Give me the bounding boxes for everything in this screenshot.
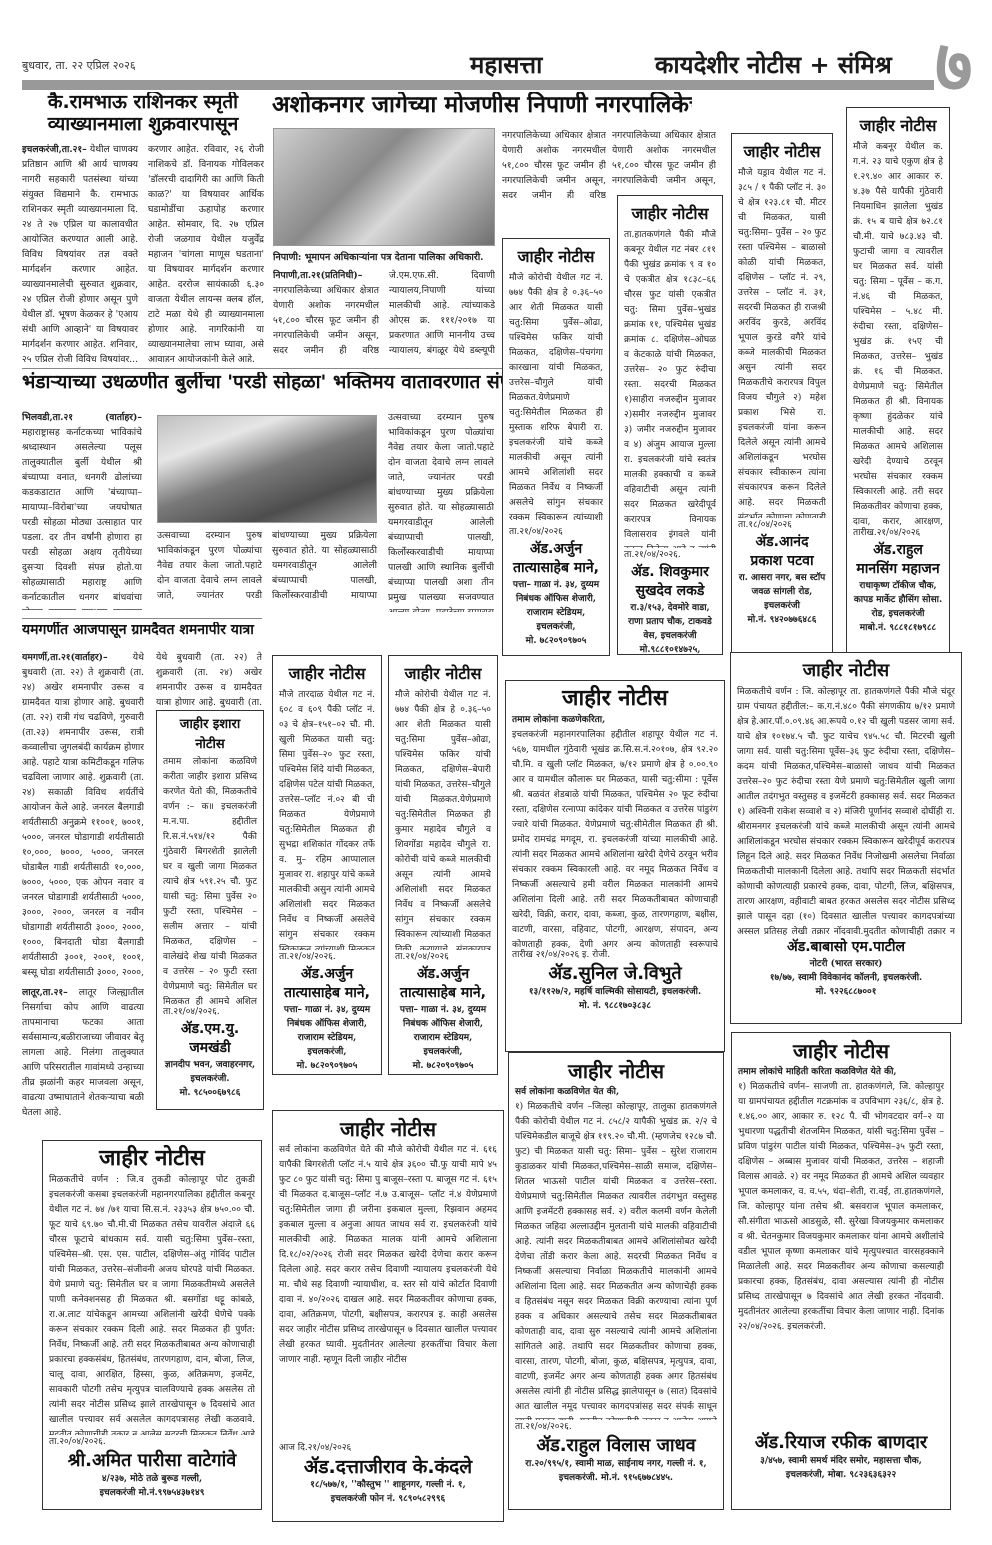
notice-date: ता.२१/०४/२०२६. — [515, 1420, 717, 1435]
advocate-phone: इचलकरंजी, मोबा. ९८२३६३६३२२ — [738, 1468, 944, 1482]
notice-date: तारीख.२१/०४/२०२६ — [853, 526, 943, 541]
notice-title: जाहीर नोटीस — [738, 1037, 944, 1065]
advocate-phone: इचलकरंजी फोन नं. ९८९०५८२९९६ — [279, 1492, 497, 1506]
public-notice-kabnur-74: जाहीर नोटीस मिळकतीचे वर्णन : जि.व तुकडी … — [42, 1140, 262, 1510]
article-rambhau: कै.रामभाऊ राशिनकर स्मृती व्याख्यानमाला श… — [22, 92, 264, 362]
notice-text: मौजे कोरोची येथील गट नं. ७७४ पैकी क्षेत्… — [395, 688, 491, 950]
notice-text: १) मिळकतीचे वर्णन– साजणी ता. हातकणंगले, … — [738, 1080, 944, 1432]
dateline: लातूर,ता.२१– — [22, 987, 68, 998]
news-photo-pardi-sohala — [157, 415, 377, 523]
advocate-address: १७/७७, स्वामी विवेकानंद कॉलनी, इचलकरंजी. — [737, 971, 955, 985]
notice-title: जाहीर नोटीस — [279, 660, 375, 688]
notice-text: इचलकरंजी महानगरपालिका हद्दीतील शहापूर ये… — [512, 728, 718, 948]
advocate-name: ॲड.राहुल विलास जाधव — [515, 1435, 717, 1457]
public-notice-yadrav: जाहीर नोटीस मौजे यड्राव येथील गट नं. ३८५… — [731, 133, 833, 653]
newspaper-name: महासत्ता — [470, 48, 542, 81]
advocate-phone: मो. ७८२०९०९७०५ — [395, 1059, 491, 1073]
notice-intro: तमाम लोकांचे माहिती करिता कळविणेत येते क… — [738, 1065, 944, 1080]
advocate-name: श्री.अमित पारीसा वाटेगांवे — [49, 1450, 255, 1472]
notice-date: ता.२१/०४/२०२६ — [395, 950, 491, 965]
article-body-continued: नगरपालिकेच्या अधिकार क्षेत्रात येणारी अश… — [612, 128, 716, 188]
notice-title: जाहीर नोटीस — [279, 1115, 497, 1143]
public-notice-kabnur-811: जाहीर नोटीस ता.हातकणंगले पैकी मौजे कबनूर… — [617, 195, 723, 655]
advocate-address: पत्ता– गाळा नं. ३४, दुय्यम निबंधक ऑफिस श… — [279, 1003, 375, 1059]
advocate-phone: माबो.नं. ९८८१८१७९८८ — [853, 621, 943, 635]
dateline: इचलकरंजी,ता.२१– — [22, 144, 87, 155]
article-latur: लातूर,ता.२१– लातूर जिल्ह्यातील निसर्गाचा… — [22, 985, 144, 1117]
public-notice-kabnur: जाहीर नोटीस मौजे कबनूर येथील क. ग.नं. २३… — [846, 107, 950, 653]
article-headline: व्याख्यानमाला शुक्रवारपासून — [22, 114, 264, 136]
notice-title: जाहीर नोटीस — [509, 243, 603, 271]
advocate-name: ॲड.दत्ताजीराव के.कंदले — [279, 1456, 497, 1478]
article-ashoknagar-headline: अशोकनगर जागेच्या मोजणीस निपाणी नगरपालिके… — [272, 92, 692, 128]
advocate-name: ॲड.रियाज रफीक बाणदार — [738, 1432, 944, 1454]
advocate-address: राधाकृष्ण टॉकीज चौक, कापड मार्केट हौसिंग… — [853, 579, 943, 621]
notice-title: जाहीर नोटीस — [512, 685, 718, 713]
public-notice-koroshi-2: जाहीर नोटीस मौजे कोरोची येथील गट नं. ७७४… — [388, 655, 498, 1075]
notice-date: तारीख २१/०४/२०२६ इ. रोजी. — [512, 948, 718, 963]
page-number: ७ — [935, 36, 990, 106]
advocate-phone: मो. नं. ९८८१७०३८३८ — [512, 999, 718, 1013]
issue-date: बुधवार, ता. २२ एप्रिल २०२६ — [22, 58, 136, 73]
advocate-name: ॲड.अर्जुन तात्यासाहेब माने, — [395, 965, 491, 1003]
notice-date: ता.२१/०४/२०२६. — [279, 950, 375, 965]
notice-title: जाहीर नोटीस — [395, 660, 491, 688]
advocate-name: ॲड.अर्जुन तात्यासाहेब माने, — [279, 965, 375, 1003]
advocate-phone: मो.नं. ९४२०७७६४८६ — [738, 613, 826, 627]
notice-title: जाहीर नोटीस — [738, 138, 826, 166]
advocate-address: १३/११२७/२, महर्षि वाल्मिकी सोसायटी, इचलक… — [512, 985, 718, 999]
article-headline: अशोकनगर जागेच्या मोजणीस निपाणी नगरपालिके… — [272, 92, 692, 118]
notice-date: आज दि.२१/०४/२०२६ — [279, 1441, 497, 1456]
advocate-name: ॲड.सुनिल जे.विभुते — [512, 963, 718, 985]
notice-text: १) मिळकतीचे वर्णन –जिल्हा कोल्हापूर, ताल… — [515, 1100, 717, 1420]
notice-title: जाहीर नोटीस — [49, 1145, 255, 1173]
notice-intro: तमाम लोकांना कळणेकरिता, — [512, 713, 718, 728]
notice-date: ता.२१/०४/२०२६. — [163, 1005, 257, 1020]
notice-title: जाहीर नोटीस — [624, 200, 716, 228]
public-notice-koroshi: जाहीर नोटीस मौजे कोरोची येथील गट नं. ७७४… — [502, 238, 610, 656]
advocate-address: ४/२३७, मोठे तळे बुरूड गल्ली, — [49, 1472, 255, 1486]
advocate-name: ॲड.बाबासो एम.पाटील — [737, 937, 955, 957]
article-headline: भंडाऱ्याच्या उधळणीत बुर्लीचा 'परडी सोहळा… — [22, 372, 502, 394]
notice-text: मौजे कबनूर येथील क. ग.नं. २३ याचे एकुण क… — [853, 140, 943, 526]
notice-text: सर्व लोकांना कळविणेत येते की मौजे कोरोची… — [279, 1143, 497, 1441]
article-body: निपाणी,ता.२१(प्रतिनिधी)– नगरपालिकेच्या अ… — [273, 268, 495, 360]
public-notice-tardal: जाहीर नोटीस मौजे तारदाळ येथील गट नं. ६०८… — [272, 655, 382, 1075]
advocate-address: रा.२०/९९५/१, स्वामी माळ, साईनाथ नगर, गल्… — [515, 1457, 717, 1471]
news-photo-officials — [273, 128, 495, 246]
article-body-continued: उत्सवाच्या दरम्यान पुरुष भाविकांकडून पुर… — [388, 410, 494, 612]
article-body: इचलकरंजी,ता.२१– येथील चाणक्य प्रतिष्ठान … — [22, 142, 264, 362]
notice-date: ता.२१/०४/२०२६. — [624, 548, 716, 563]
article-body-continued: येथे बुधवारी (ता. २२) ते शुक्रवारी (ता. … — [156, 650, 262, 708]
article-yamgarni-headline: यमगर्णीत आजपासून ग्रामदैवत शमनापीर यात्र… — [22, 622, 262, 648]
advocate-phone: मो. ९२२६८८७००१ — [737, 985, 955, 999]
public-warning-notice: जाहीर इशारा नोटीस तमाम लोकांना कळविणे कर… — [156, 710, 264, 1110]
advocate-name: ॲड. शिवकुमार सुखदेव लकडे — [624, 563, 716, 601]
notice-text: मौजे तारदाळ येथील गट नं. ६०८ व ६०९ पैकी … — [279, 688, 375, 950]
advocate-phone: मो. ९८५००६७९८६ — [163, 1086, 257, 1100]
notice-text: मौजे यड्राव येथील गट नं. ३८५ / १ पैकी प्… — [738, 166, 826, 518]
notice-title: जाहीर इशारा नोटीस — [163, 715, 257, 755]
public-notice-koroshi-616: जाहीर नोटीस सर्व लोकांना कळविणेत येते की… — [272, 1110, 504, 1522]
advocate-phone: इचलकरंजी मो.नं.९९७५४३७१४९ — [49, 1486, 255, 1500]
advocate-name: ॲड.एम.यु. जमखंडी — [163, 1020, 257, 1058]
dateline: यमगर्णी,ता.२१(वार्ताहर)– — [22, 652, 108, 663]
public-notice-shahapur: जाहीर नोटीस तमाम लोकांना कळणेकरिता, इचलक… — [505, 680, 725, 1052]
notice-text: मिळकतीचे वर्णन : जि.व तुकडी कोल्हापूर पो… — [49, 1173, 255, 1435]
article-body-continued: नगरपालिकेच्या अधिकार क्षेत्रात येणारी अश… — [502, 128, 606, 198]
advocate-address: ३/४५७, स्वामी समर्थ मंदिर समोर, महासत्ता… — [738, 1454, 944, 1468]
advocate-name: ॲड.आनंद प्रकाश पटवा — [738, 533, 826, 571]
notice-text: मौजे कोरोची येथील गट नं. ७७४ पैकी क्षेत्… — [509, 271, 603, 525]
advocate-name: ॲड.राहुल मानसिंग महाजन — [853, 541, 943, 579]
advocate-address: रा.३/१५३, देवमोरे वाडा, राणा प्रताप चौक,… — [624, 601, 716, 643]
article-headline: यमगर्णीत आजपासून ग्रामदैवत शमनापीर यात्र… — [22, 622, 262, 638]
notice-text: ता.हातकणंगले पैकी मौजे कबनूर येथील गट नं… — [624, 228, 716, 548]
article-body: भिलवडी,ता.२१ (वार्ताहर)– महाराष्ट्रासह क… — [22, 410, 142, 610]
divider — [22, 618, 262, 619]
section-title: कायदेशीर नोटीस + संमिश्र — [655, 48, 892, 81]
notice-text: मिळकतीचे वर्णन : जि. कोल्हापूर ता. हातकण… — [737, 685, 955, 937]
article-headline: कै.रामभाऊ राशिनकर स्मृती — [22, 92, 264, 114]
dateline: निपाणी,ता.२१(प्रतिनिधी)– — [273, 270, 362, 281]
advocate-title: नोटरी (भारत सरकार) — [737, 957, 955, 971]
public-notice-chandur: जाहीर नोटीस मिळकतीचे वर्णन : जि. कोल्हाप… — [730, 652, 962, 1024]
advocate-phone: इचलकरंजी. मो.नं. ९१५६७७८४४५. — [515, 1471, 717, 1485]
notice-date: ता.२१/०४/२०२६ — [509, 525, 603, 540]
notice-title: जाहीर नोटीस — [515, 1057, 717, 1085]
article-bhandara-headline: भंडाऱ्याच्या उधळणीत बुर्लीचा 'परडी सोहळा… — [22, 372, 502, 402]
photo-caption: निपाणी: भूमापन अधिकाऱ्यांना पत्र देताना … — [273, 250, 495, 264]
notice-date: ता.१८/०४/२०२६ — [738, 518, 826, 533]
notice-intro: सर्व लोकांना कळविणेत येत की, — [515, 1085, 717, 1100]
advocate-phone: मो. ७८२०९०९७०५ — [279, 1059, 375, 1073]
advocate-address: १८/५७७/१, ''कौस्तुभ '' शाहूनगर, गल्ली नं… — [279, 1478, 497, 1492]
article-body: उत्सवाच्या दरम्यान पुरुष भाविकांकडून पुर… — [157, 528, 377, 612]
divider — [22, 368, 502, 369]
masthead: बुधवार, ता. २२ एप्रिल २०२६ महासत्ता कायद… — [0, 0, 992, 90]
public-notice-sajani: जाहीर नोटीस तमाम लोकांचे माहिती करिता कळ… — [731, 1032, 951, 1510]
advocate-address: रा. आसरा नगर, बस स्टॉप जवळ सांगली रोड, इ… — [738, 571, 826, 613]
article-body: यमगर्णी,ता.२१(वार्ताहर)– येथे बुधवारी (त… — [22, 650, 144, 980]
notice-title: जाहीर नोटीस — [853, 112, 943, 140]
advocate-phone: मो.९८८१०१४७२५, — [624, 643, 716, 655]
advocate-address: पत्ता– गाळा नं. ३४, दुय्यम निबंधक ऑफिस श… — [509, 578, 603, 634]
public-notice-koroshi-858: जाहीर नोटीस सर्व लोकांना कळविणेत येत की,… — [508, 1052, 724, 1510]
dateline: भिलवडी,ता.२१ (वार्ताहर)– — [22, 412, 142, 423]
notice-text: तमाम लोकांना कळविणे करीता जाहीर इशारा प्… — [163, 755, 257, 1005]
advocate-address: पत्ता– गाळा नं. ३४, दुय्यम निबंधक ऑफिस श… — [395, 1003, 491, 1059]
notice-title: जाहीर नोटीस — [737, 657, 955, 685]
notice-date: ता.२०/०४/२०२६. — [49, 1435, 255, 1450]
advocate-address: ज्ञानदीप भवन, जवाहरनगर, इचलकरंजी. — [163, 1058, 257, 1086]
advocate-phone: मो. ७८२०९०९७०५ — [509, 634, 603, 648]
advocate-name: ॲड.अर्जुन तात्यासाहेब माने, — [509, 540, 603, 578]
masthead-rule — [22, 80, 934, 90]
